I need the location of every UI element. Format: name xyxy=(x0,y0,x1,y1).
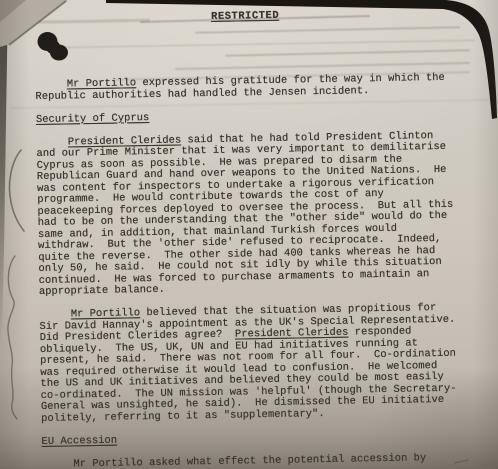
section-heading: Security of Cyprus xyxy=(36,107,476,126)
para-hannay: Mr Portillo believed that the situation … xyxy=(39,302,481,425)
document-photo: RESTRICTED Mr Portillo expressed his gra… xyxy=(0,0,498,469)
section-heading: EU Accession xyxy=(41,429,481,448)
document-body: Mr Portillo expressed his gratitude for … xyxy=(35,72,482,469)
para-accession: Mr Portillo asked what effect the potent… xyxy=(42,452,482,469)
document-line: Mr Portillo asked what effect the potent… xyxy=(42,452,482,469)
document-line: Security of Cyprus xyxy=(36,107,476,126)
underlined-text: EU Accession xyxy=(41,434,117,447)
text-segment: asked what effect the potential accessio… xyxy=(143,452,427,469)
para-security: President Clerides said that he had told… xyxy=(36,130,479,299)
para-gratitude: Mr Portillo expressed his gratitude for … xyxy=(35,72,475,103)
document-text: RESTRICTED Mr Portillo expressed his gra… xyxy=(0,0,498,469)
text-segment: Mr Portillo xyxy=(73,457,143,469)
classification-banner: RESTRICTED xyxy=(0,6,494,27)
text-segment xyxy=(42,458,74,469)
underlined-text: Security of Cyprus xyxy=(36,112,150,126)
text-segment: appropriate balance. xyxy=(39,284,165,298)
document-line: EU Accession xyxy=(41,429,481,448)
